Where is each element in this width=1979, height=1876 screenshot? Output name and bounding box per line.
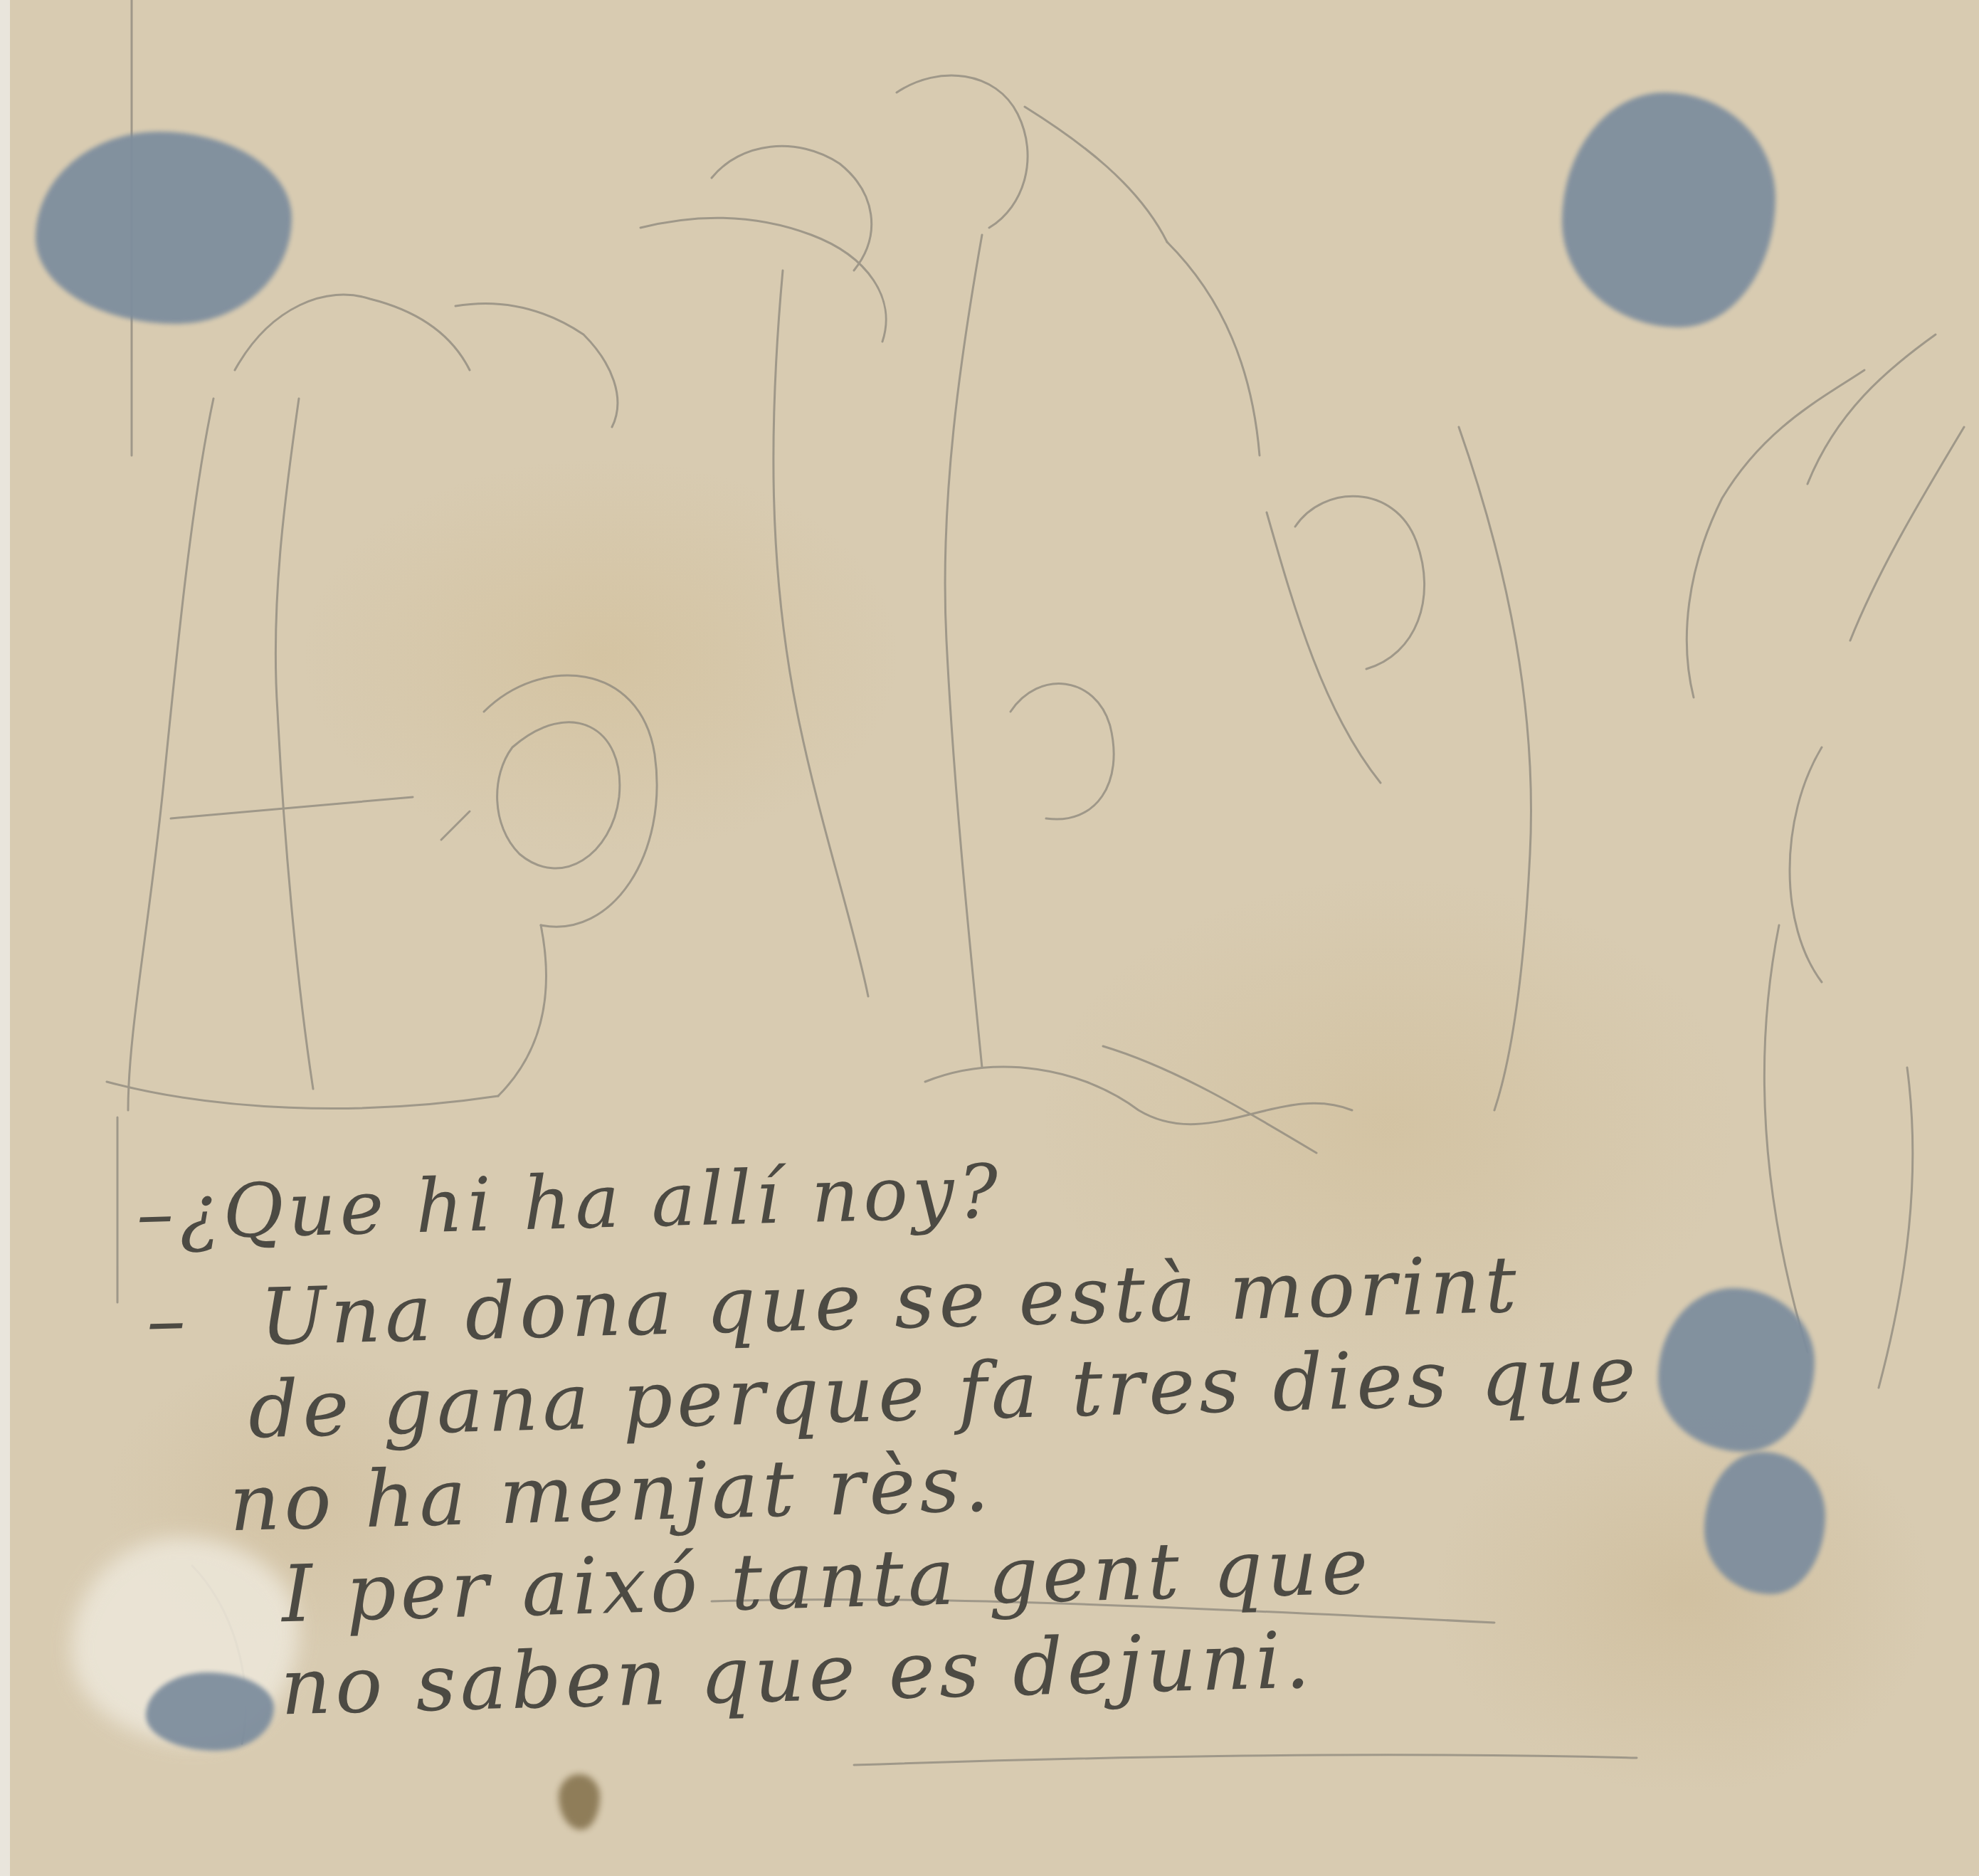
- dialogue-dash: –: [135, 1166, 179, 1260]
- dialogue-dash: –: [145, 1273, 191, 1367]
- line-text: ¿Que hi ha allí noy?: [178, 1148, 1003, 1256]
- blue-stain-top-right: [1562, 93, 1775, 327]
- handwritten-dialogue: – ¿Que hi ha allí noy? – Una dona que se…: [149, 1126, 1729, 1736]
- blue-stain-top-left: [36, 132, 292, 324]
